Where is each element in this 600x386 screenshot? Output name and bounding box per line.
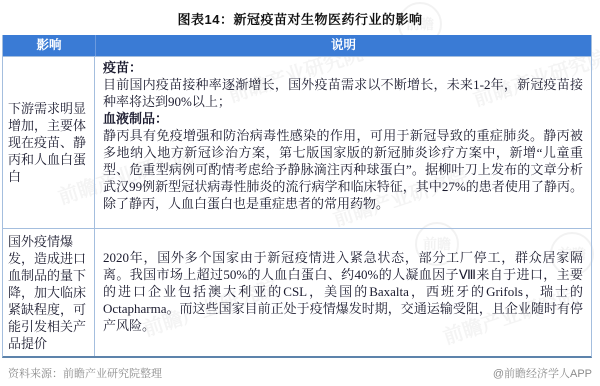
impact-cell: 国外疫情爆发，造成进口血制品的量下降，加大临床紧缺程度，可能引发相关产品提价 [3, 229, 95, 356]
impact-cell: 下游需求明显增加，主要体现在疫苗、静丙和人血白蛋白 [3, 57, 95, 228]
section-label-vaccine: 疫苗： [103, 59, 583, 76]
figure-title: 图表14：新冠疫苗对生物医药行业的影响 [0, 0, 600, 35]
section-text-vaccine: 目前国内疫苗接种率逐渐增长，国外疫苗需求以不断增长，未来1-2年，新冠疫苗接种率… [103, 76, 583, 110]
table-row: 国外疫情爆发，造成进口血制品的量下降，加大临床紧缺程度，可能引发相关产品提价 2… [3, 228, 591, 356]
column-header-impact: 影响 [3, 35, 96, 56]
impact-text: 国外疫情爆发，造成进口血制品的量下降，加大临床紧缺程度，可能引发相关产品提价 [8, 233, 89, 352]
column-header-description: 说明 [96, 35, 591, 56]
data-source-text: 资料来源：前瞻产业研究院整理 [8, 365, 162, 381]
description-cell: 2020年，国外多个国家由于新冠疫情进入紧急状态，部分工厂停工，群众居家隔离。我… [95, 229, 591, 356]
table-header-row: 影响 说明 [3, 35, 591, 56]
impact-table: 影响 说明 下游需求明显增加，主要体现在疫苗、静丙和人血白蛋白 疫苗： 目前国内… [2, 35, 592, 358]
impact-text: 下游需求明显增加，主要体现在疫苗、静丙和人血白蛋白 [8, 100, 89, 185]
attribution-text: @前瞻经济学人APP [493, 365, 592, 381]
section-text-blood-products: 静丙具有免疫增强和防治病毒性感染的作用，可用于新冠导致的重症肺炎。静丙被多地纳入… [103, 127, 583, 212]
report-figure-page: 前瞻 前瞻产业研究院 前瞻产业研究院 前瞻产业研究院 前瞻产业研究院 前瞻 前瞻… [0, 0, 600, 386]
description-text: 2020年，国外多个国家由于新冠疫情进入紧急状态，部分工厂停工，群众居家隔离。我… [103, 249, 583, 334]
figure-footer: 资料来源：前瞻产业研究院整理 @前瞻经济学人APP [8, 365, 592, 381]
table-row: 下游需求明显增加，主要体现在疫苗、静丙和人血白蛋白 疫苗： 目前国内疫苗接种率逐… [3, 56, 591, 228]
section-label-blood-products: 血液制品： [103, 110, 583, 127]
description-cell: 疫苗： 目前国内疫苗接种率逐渐增长，国外疫苗需求以不断增长，未来1-2年，新冠疫… [95, 57, 591, 228]
